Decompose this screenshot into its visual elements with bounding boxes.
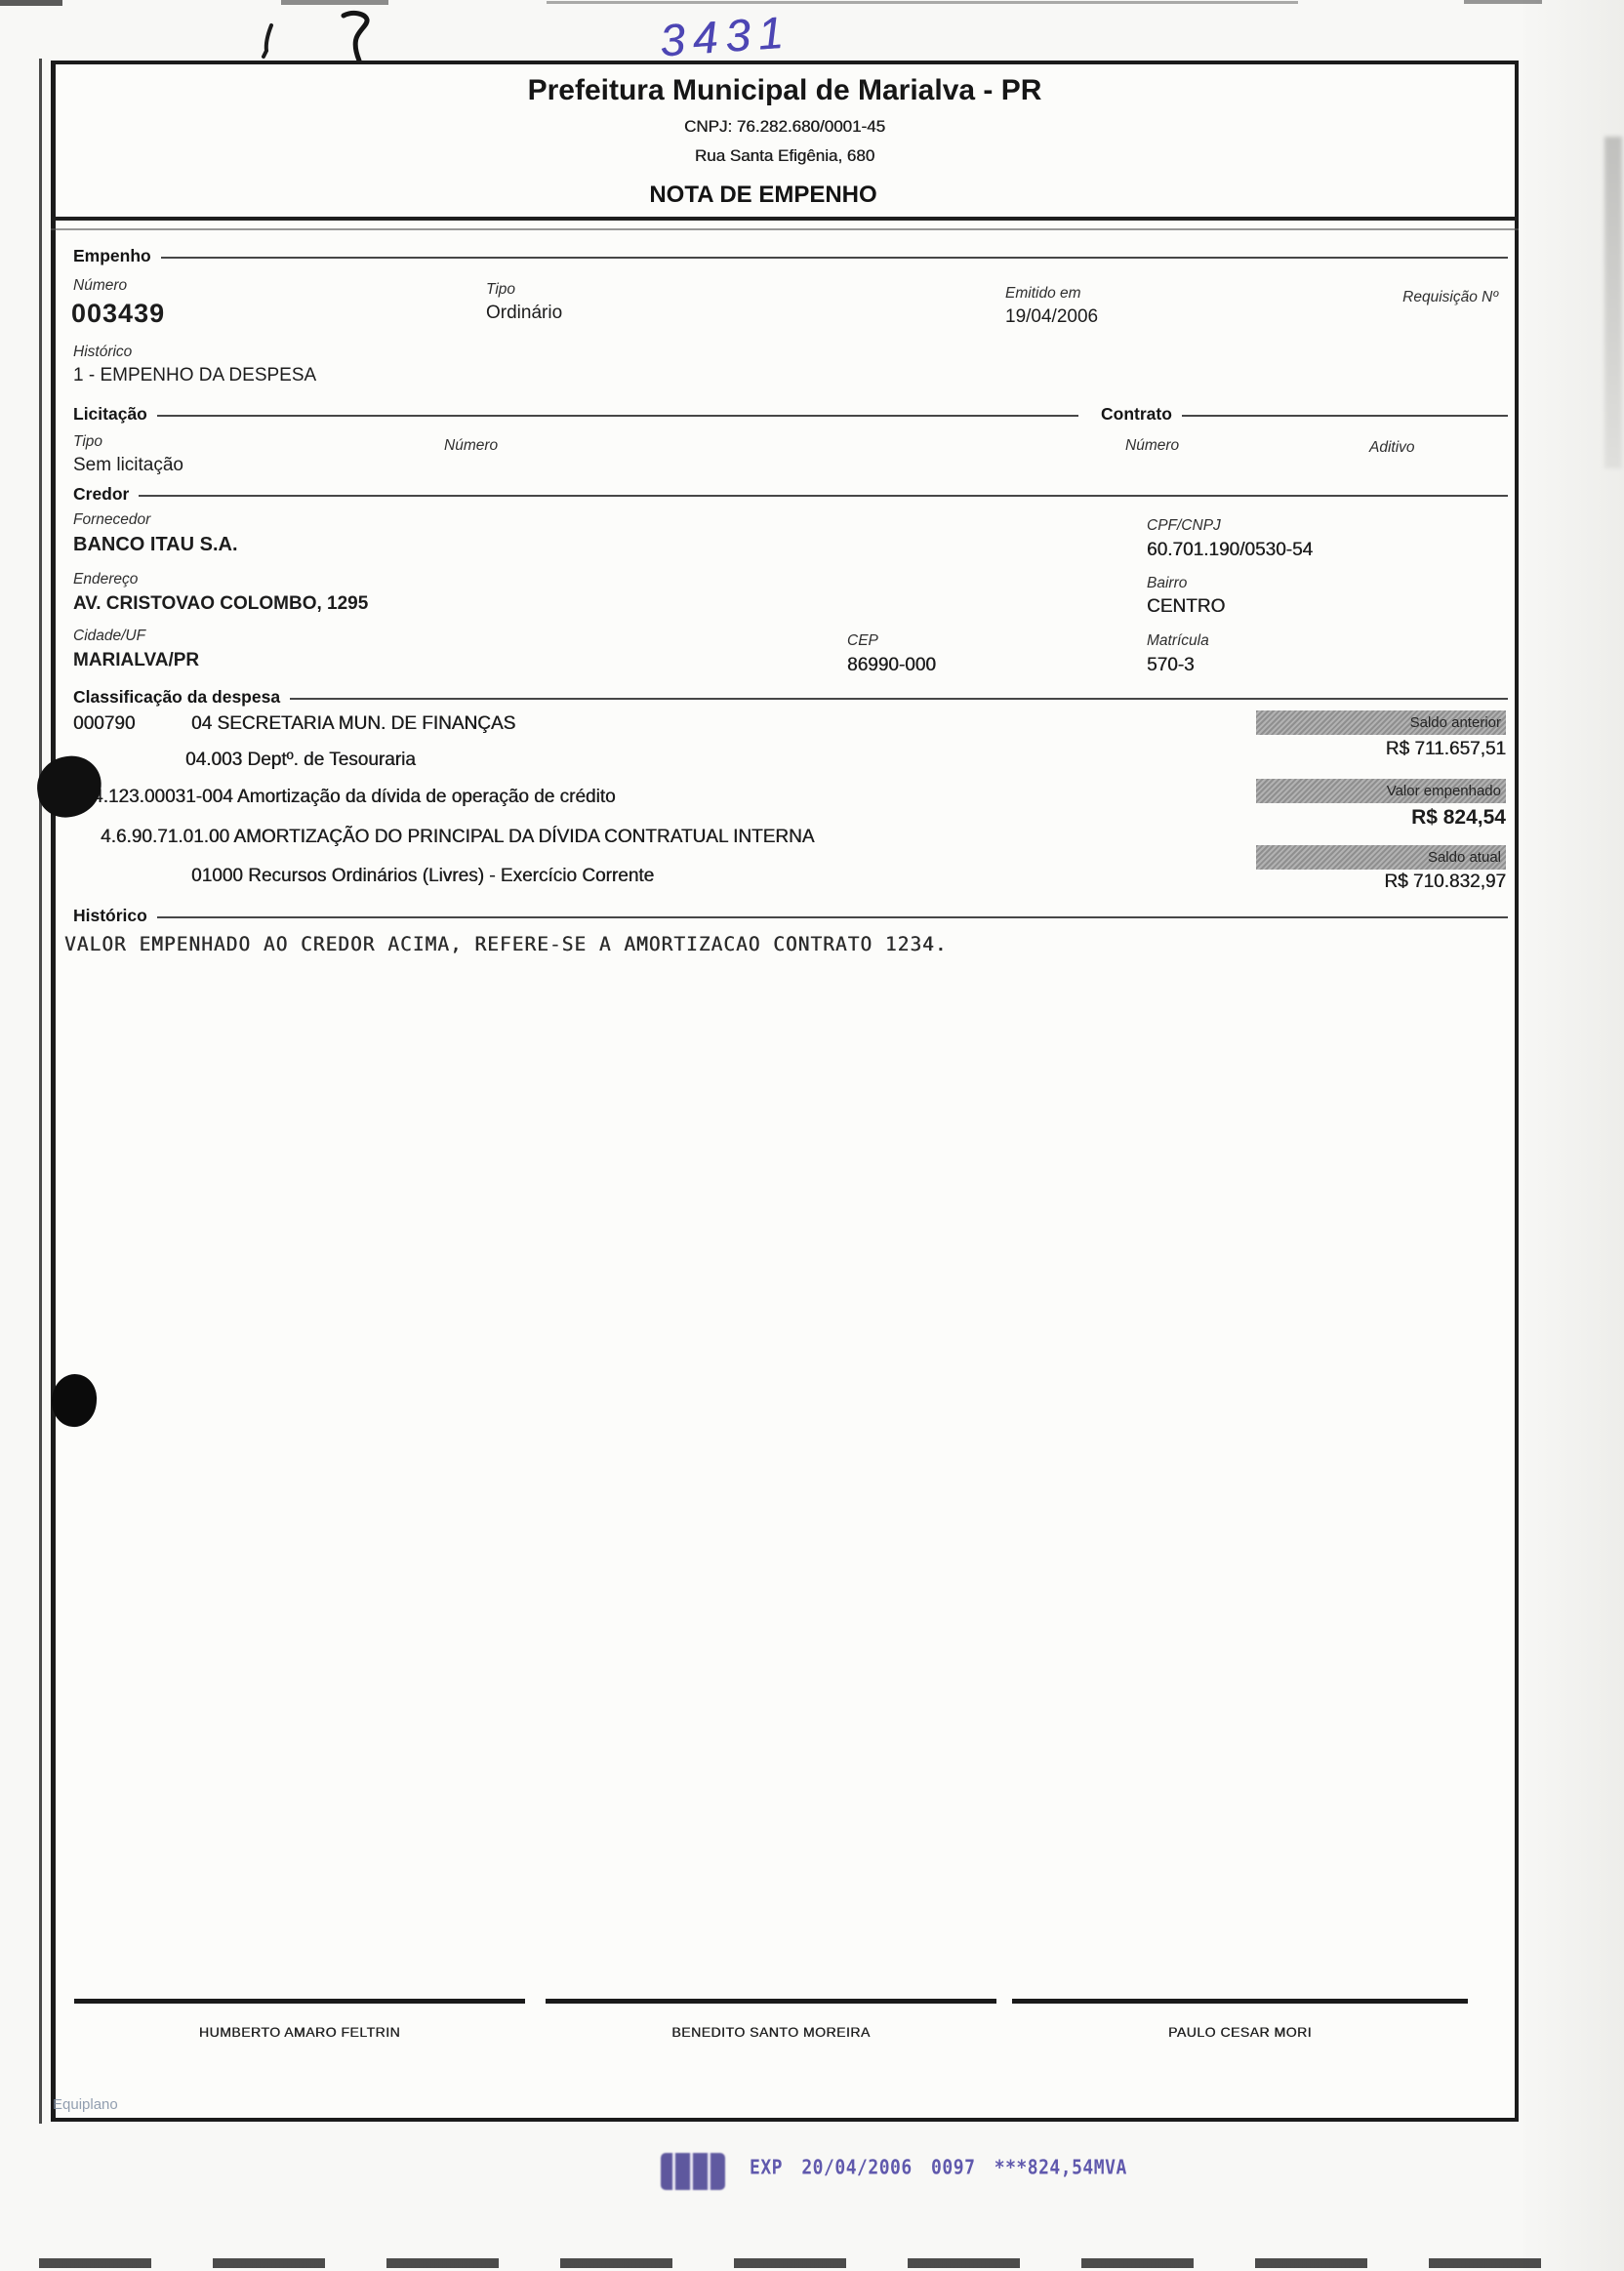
empenho-emitido-label: Emitido em <box>1005 285 1081 303</box>
header-divider-thin <box>51 228 1519 230</box>
licitacao-tipo: Sem licitação <box>73 455 183 476</box>
section-licitacao: Licitação <box>73 404 1078 425</box>
credor-matricula: 570-3 <box>1147 655 1195 676</box>
valor-empenhado-bar: Valor empenhado <box>1256 779 1506 803</box>
ink-mark-icon <box>258 21 283 65</box>
section-rule <box>139 495 1508 497</box>
section-licitacao-label: Licitação <box>73 404 147 425</box>
signature-line <box>1012 1999 1468 2004</box>
empenho-numero: 003439 <box>71 299 165 329</box>
org-cnpj: CNPJ: 76.282.680/0001-45 <box>51 117 1519 137</box>
empenho-numero-label: Número <box>73 277 127 295</box>
classificacao-entidade: 000790 <box>73 713 135 735</box>
empenho-emitido: 19/04/2006 <box>1005 306 1098 328</box>
contrato-numero-label: Número <box>1125 437 1179 455</box>
credor-cpf-cnpj-label: CPF/CNPJ <box>1147 517 1221 535</box>
org-title: Prefeitura Municipal de Marialva - PR <box>51 74 1519 107</box>
section-historico: Histórico <box>73 906 1508 926</box>
header-divider <box>51 217 1519 221</box>
saldo-anterior-value: R$ 711.657,51 <box>1256 739 1506 760</box>
empenho-historico: 1 - EMPENHO DA DESPESA <box>73 365 316 386</box>
bank-stamp-text: EXP 20/04/2006 0097 ***824,54MVA <box>750 2156 1127 2179</box>
licitacao-numero-label: Número <box>444 437 498 455</box>
classificacao-orgao: 04 SECRETARIA MUN. DE FINANÇAS <box>191 713 515 735</box>
signature-name-center: BENEDITO SANTO MOREIRA <box>546 2024 996 2040</box>
section-credor-label: Credor <box>73 484 129 505</box>
scan-left-double-edge <box>39 59 42 2124</box>
section-rule <box>290 698 1508 700</box>
scan-artifact <box>0 0 62 6</box>
empenho-tipo-label: Tipo <box>486 281 515 299</box>
credor-cidade-uf-label: Cidade/UF <box>73 628 145 645</box>
section-rule <box>1182 415 1508 417</box>
credor-matricula-label: Matrícula <box>1147 632 1209 650</box>
credor-bairro: CENTRO <box>1147 596 1225 618</box>
scan-artifact <box>547 1 1298 4</box>
classificacao-funcional: 4.123.00031-004 Amortização da dívida de… <box>93 787 616 808</box>
scan-artifact <box>1464 0 1542 4</box>
section-historico-label: Histórico <box>73 906 147 926</box>
empenho-tipo: Ordinário <box>486 303 562 324</box>
section-credor: Credor <box>73 484 1508 505</box>
section-rule <box>157 916 1508 918</box>
section-contrato: Contrato <box>1101 404 1508 425</box>
signature-name-left: HUMBERTO AMARO FELTRIN <box>74 2024 525 2040</box>
credor-fornecedor: BANCO ITAU S.A. <box>73 534 238 556</box>
document-title: NOTA DE EMPENHO <box>51 182 1476 209</box>
credor-endereco-label: Endereço <box>73 571 138 588</box>
scanned-document: 3431 Prefeitura Municipal de Marialva - … <box>0 0 1624 2271</box>
handwritten-number: 3431 <box>658 5 792 66</box>
bank-stamp-logo <box>661 2153 725 2190</box>
signature-name-right: PAULO CESAR MORI <box>1012 2024 1468 2040</box>
credor-bairro-label: Bairro <box>1147 575 1187 592</box>
credor-cidade-uf: MARIALVA/PR <box>73 650 199 671</box>
credor-cpf-cnpj: 60.701.190/0530-54 <box>1147 540 1313 561</box>
signature-line <box>74 1999 525 2004</box>
section-rule <box>157 415 1078 417</box>
scan-edge-smudge <box>1604 137 1622 468</box>
scan-bottom-dashes <box>39 2258 1581 2268</box>
historico-texto: VALOR EMPENHADO AO CREDOR ACIMA, REFERE-… <box>64 933 948 955</box>
classificacao-fonte: 01000 Recursos Ordinários (Livres) - Exe… <box>191 866 654 887</box>
section-classificacao-label: Classificação da despesa <box>73 687 280 708</box>
org-address: Rua Santa Efigênia, 680 <box>51 146 1519 166</box>
saldo-atual-value: R$ 710.832,97 <box>1256 872 1506 893</box>
section-classificacao: Classificação da despesa <box>73 687 1508 708</box>
scan-artifact <box>281 0 388 5</box>
credor-cep: 86990-000 <box>847 655 936 676</box>
empenho-requisicao-label: Requisição Nº <box>1269 289 1498 306</box>
section-empenho-label: Empenho <box>73 246 151 266</box>
section-contrato-label: Contrato <box>1101 404 1172 425</box>
empenho-historico-label: Histórico <box>73 344 132 361</box>
section-rule <box>161 257 1508 259</box>
classificacao-natureza: 4.6.90.71.01.00 AMORTIZAÇÃO DO PRINCIPAL… <box>101 827 814 848</box>
licitacao-tipo-label: Tipo <box>73 433 102 451</box>
signature-line <box>546 1999 996 2004</box>
credor-endereco: AV. CRISTOVAO COLOMBO, 1295 <box>73 593 368 615</box>
valor-empenhado-value: R$ 824,54 <box>1256 806 1506 830</box>
system-watermark: Equiplano <box>53 2096 118 2113</box>
credor-fornecedor-label: Fornecedor <box>73 511 150 529</box>
contrato-aditivo-label: Aditivo <box>1369 439 1415 457</box>
saldo-atual-bar: Saldo atual <box>1256 845 1506 870</box>
section-empenho: Empenho <box>73 246 1508 266</box>
saldo-anterior-bar: Saldo anterior <box>1256 710 1506 735</box>
classificacao-unidade: 04.003 Deptº. de Tesouraria <box>185 750 416 771</box>
credor-cep-label: CEP <box>847 632 878 650</box>
